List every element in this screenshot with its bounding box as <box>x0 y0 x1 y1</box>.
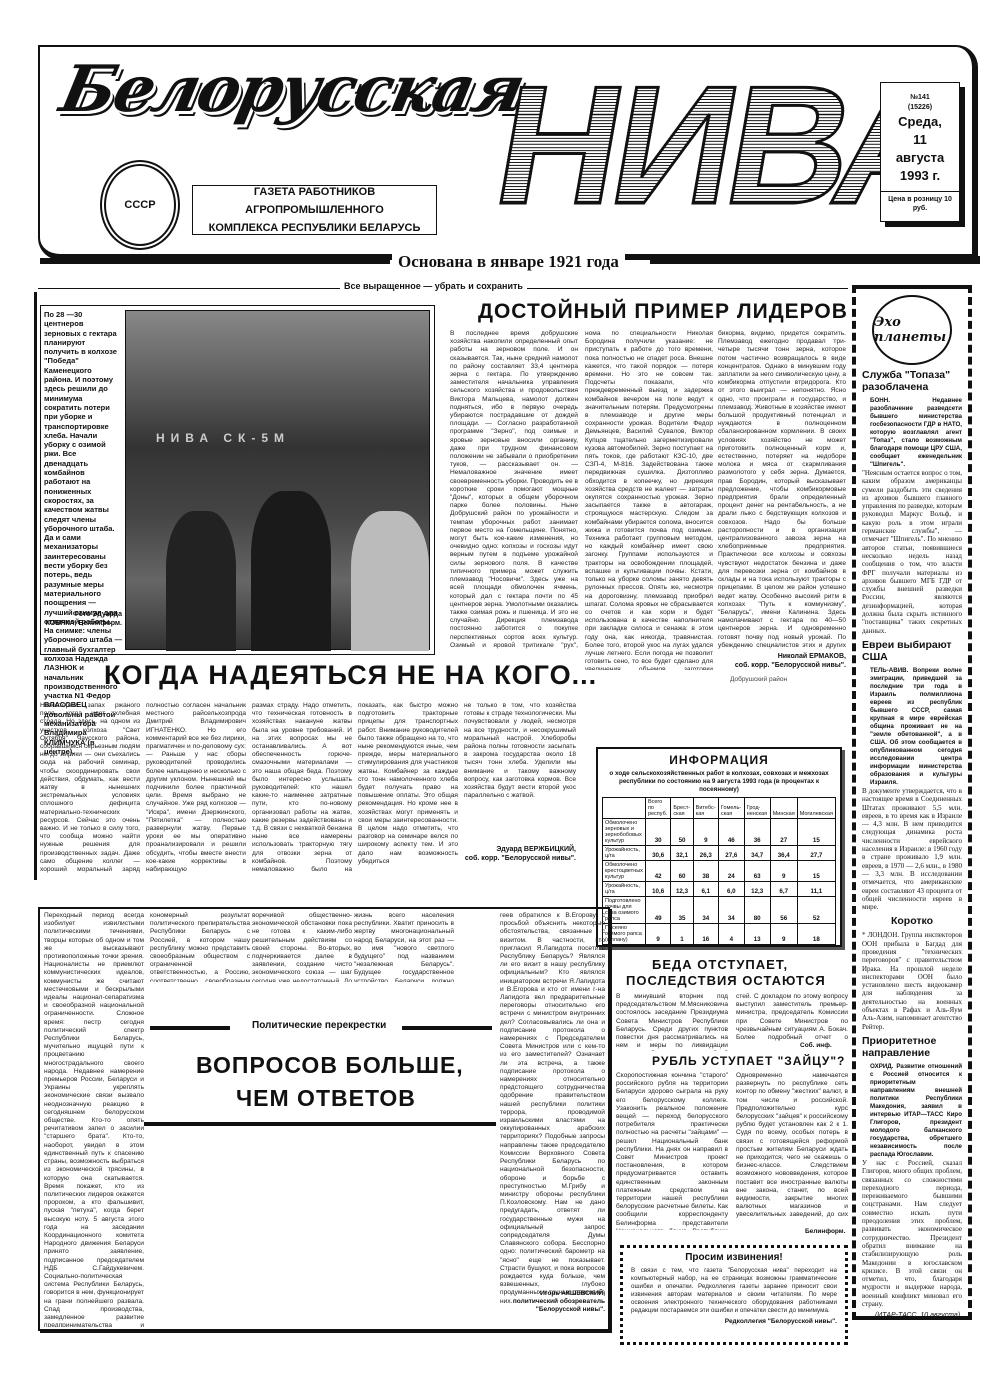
section-slogan: Все выращенное — убрать и сохранить <box>340 281 527 291</box>
cell: 6,1 <box>693 882 718 897</box>
issue-date-box: №141 (15226) Среда, 11 августа 1993 г. Ц… <box>880 82 960 222</box>
cell: 9 <box>645 924 670 945</box>
cell: 4 <box>718 924 744 945</box>
cell: 50 <box>671 819 693 846</box>
cell: 1 <box>671 924 693 945</box>
tagline-line2: КОМПЛЕКСА РЕСПУБЛИКИ БЕЛАРУСЬ <box>193 219 436 237</box>
nobody-headline: КОГДА НАДЕЯТЬСЯ НЕ НА КОГО... <box>104 660 597 691</box>
leaders-headline: ДОСТОЙНЫЙ ПРИМЕР ЛИДЕРОВ <box>478 300 848 324</box>
cell: 63 <box>744 861 770 882</box>
masthead-bottom-rule-left <box>40 258 390 264</box>
sidebar-item-body: * ЛОНДОН. Группа инспекторов ООН прибыла… <box>862 931 962 1031</box>
sidebar-item-body: У нас с Россией, сказал Глигоров, много … <box>862 1159 962 1308</box>
info-col-header <box>603 798 646 819</box>
ruble-headline: РУБЛЬ УСТУПАЕТ "ЗАЙЦУ"? <box>652 1054 845 1068</box>
sidebar-item-lead: БОНН. Недавнее разоблачение разведсети б… <box>862 397 962 469</box>
info-col-header: Всего по респуб. <box>645 798 670 819</box>
globe-logo-icon: Эхо планеты <box>872 295 952 365</box>
sidebar-item-lead: ОХРИД. Развитие отношений с Россией отно… <box>862 1063 962 1159</box>
cell: 13 <box>744 924 770 945</box>
issue-day: 11 <box>881 131 959 149</box>
sidebar-item-body: "Неясным остается вопрос о том, каким об… <box>862 469 962 635</box>
politics-col5: геев обратился к В.Егорову с просьбой об… <box>500 912 605 1327</box>
apology-box: Просим извинения! В связи с тем, что газ… <box>620 1245 848 1345</box>
masthead-title-script: Белорусская <box>54 52 530 127</box>
leaders-col2: нома по специальности Николая Бородина п… <box>585 330 713 670</box>
politics-rubric: Политические перекрестки <box>252 1020 386 1031</box>
cell: 27 <box>770 819 797 846</box>
info-header-row: Всего по респуб. Брест-ская Витебс-кая Г… <box>603 798 836 819</box>
nobody-col5: не только в том, что хозяйства готовы к … <box>464 702 576 842</box>
cell: 38 <box>693 861 718 882</box>
info-col-header: Могилевская <box>797 798 835 819</box>
cell: 36,4 <box>770 846 797 861</box>
politics-author: Игорь АКШЕВСКИЙ, политический обозревате… <box>500 1290 605 1314</box>
cell: 15 <box>797 819 835 846</box>
cell: 9 <box>770 924 797 945</box>
cell: 27,7 <box>797 846 835 861</box>
cell: 18 <box>797 924 835 945</box>
cell: 60 <box>671 861 693 882</box>
left-border-rule <box>34 292 37 880</box>
info-subtitle: о ходе сельскохозяйственных работ в колх… <box>602 770 836 794</box>
cell: 15 <box>797 861 835 882</box>
cell: 34 <box>718 897 744 924</box>
nobody-col4: показать, как быстро можно подготовить т… <box>358 702 458 874</box>
row-label: Урожайность, ц/га <box>603 882 646 897</box>
emblem-text: СССР <box>124 199 155 211</box>
cell: 12,3 <box>671 882 693 897</box>
politics-col2b <box>150 1140 250 1325</box>
row-label: Обмолочено зерновых и зернобобовых культ… <box>603 819 646 846</box>
row-label: Обмолочено крестоцветных культур <box>603 861 646 882</box>
politics-col4: жизнь всего населения республики. Хватит… <box>354 912 454 982</box>
harvest-photo: НИВА СК-5М <box>125 310 430 650</box>
cell: 12,3 <box>744 882 770 897</box>
info-col-header: Минская <box>770 798 797 819</box>
disaster-credit: Соб. инф. <box>800 1042 832 1049</box>
cell: 35 <box>671 897 693 924</box>
info-title: ИНФОРМАЦИЯ <box>602 753 836 767</box>
nobody-col2: полностью согласен начальник местного ра… <box>146 702 246 874</box>
nobody-author: Эдуард ВЕРЖБИЦКИЙ, соб. корр. "Белорусск… <box>464 845 576 863</box>
ruble-col1: Скоропостижная кончина "старого" российс… <box>616 1072 728 1230</box>
cell: 6,7 <box>770 882 797 897</box>
leaders-author-name: Николай ЕРМАКОВ, <box>718 652 846 661</box>
politics-author-role2: "Белорусской нивы". <box>500 1306 605 1314</box>
row-label: Урожайность, ц/га <box>603 846 646 861</box>
ruble-col2: Одновременно намечается развернуть по ре… <box>736 1072 848 1220</box>
cell: 52 <box>797 897 835 924</box>
disaster-headline-2: ПОСЛЕДСТВИЯ ОСТАЮТСЯ <box>626 973 826 988</box>
leaders-col1: В последнее время добрушские хозяйства н… <box>450 330 578 650</box>
politics-col2: кономерный результат политического препи… <box>150 912 250 982</box>
table-row: Посеяно озимого рапса (к плану)911641391… <box>603 924 836 945</box>
table-row: Подготовлено почвы для сева озимого рапс… <box>603 897 836 924</box>
leaders-col3: бикорма, видимо, придется сократить. Пле… <box>718 330 846 650</box>
info-table-box: ИНФОРМАЦИЯ о ходе сельскохозяйственных р… <box>596 747 842 947</box>
combine-label: НИВА СК-5М <box>156 431 290 445</box>
masthead-bottom-rule-right <box>650 256 980 264</box>
world-echo-sidebar: Эхо планеты Служба "Топаза" разоблачена … <box>852 285 972 1320</box>
disaster-headline-1: БЕДА ОТСТУПАЕТ, <box>652 957 788 972</box>
issue-weekday: Среда, <box>881 113 959 131</box>
table-row: Урожайность, ц/га10,612,36,16,012,36,711… <box>603 882 836 897</box>
cell: 30,6 <box>645 846 670 861</box>
sidebar-item-title: Служба "Топаза" разоблачена <box>862 369 962 393</box>
politics-author-role1: политический обозреватель <box>500 1298 605 1306</box>
politics-headline-rule <box>144 1122 496 1126</box>
cell: 9 <box>693 819 718 846</box>
person-right <box>351 511 429 651</box>
cell: 27,6 <box>718 846 744 861</box>
cell: 32,1 <box>671 846 693 861</box>
sidebar-item-lead: ТЕЛЬ-АВИВ. Вопреки волне эмиграции, прив… <box>862 667 962 787</box>
cell: 49 <box>645 897 670 924</box>
politics-headline-1: ВОПРОСОВ БОЛЬШЕ, <box>196 1052 464 1079</box>
order-emblem-icon: СССР <box>100 160 180 250</box>
table-row: Обмолочено зерновых и зернобобовых культ… <box>603 819 836 846</box>
disaster-col1: В минувший вторник под председательством… <box>616 993 728 1051</box>
founded-line: Основана в январе 1921 года <box>392 252 625 272</box>
leaders-dateline: Добрушский район <box>730 676 787 683</box>
issue-number: №141 <box>881 93 959 103</box>
disaster-col2: стей. С докладом по этому вопросу выступ… <box>736 993 848 1041</box>
info-col-header: Брест-ская <box>671 798 693 819</box>
ruble-credit: Белинформ. <box>805 1228 845 1235</box>
person-left <box>166 511 236 651</box>
cell: 56 <box>770 897 797 924</box>
nobody-author-name: Эдуард ВЕРЖБИЦКИЙ, <box>464 845 576 854</box>
issue-month: августа <box>881 149 959 167</box>
masthead-tagline: ГАЗЕТА РАБОТНИКОВ АГРОПРОМЫШЛЕННОГО КОМП… <box>192 185 437 235</box>
info-col-header: Витебс-кая <box>693 798 718 819</box>
cell: 34,7 <box>744 846 770 861</box>
issue-total: (15226) <box>881 103 959 113</box>
person-center <box>251 491 331 651</box>
issue-price: Цена в розницу 10 руб. <box>881 191 959 213</box>
info-table: Всего по респуб. Брест-ская Витебс-кая Г… <box>602 797 836 945</box>
sidebar-item-title: Коротко <box>862 915 962 927</box>
politics-col1: Переходный период всегда изобилует извил… <box>44 912 144 1327</box>
cell: 6,0 <box>718 882 744 897</box>
rubric-rule-right <box>402 1026 492 1030</box>
cell: 30 <box>645 819 670 846</box>
photo-credit: Фото Эдуарда КОБЯКА, Белинформ. <box>44 610 122 628</box>
cell: 34 <box>693 897 718 924</box>
leaders-author-role: соб. корр. "Белорусской нивы". <box>718 661 846 670</box>
sidebar-source: (ИТАР-ТАСС, 10 августа). <box>862 1312 962 1319</box>
nobody-author-role: соб. корр. "Белорусской нивы". <box>464 854 576 863</box>
nobody-col3: размах страду. Надо отметить, что технич… <box>252 702 352 874</box>
cell: 9 <box>770 861 797 882</box>
cell: 16 <box>693 924 718 945</box>
table-row: Урожайность, ц/га30,632,126,327,634,736,… <box>603 846 836 861</box>
apology-title: Просим извинения! <box>631 1252 837 1263</box>
apology-body: В связи с тем, что газета "Белорусская н… <box>631 1267 837 1315</box>
sidebar-item-title: Приоритетное направление <box>862 1035 962 1059</box>
cell: 24 <box>718 861 744 882</box>
leaders-author: Николай ЕРМАКОВ, соб. корр. "Белорусской… <box>718 652 846 670</box>
rubric-rule-left <box>150 1026 230 1030</box>
info-col-header: Грод-ненская <box>744 798 770 819</box>
cell: 36 <box>744 819 770 846</box>
cell: 11,1 <box>797 882 835 897</box>
politics-col3: воречивой общественно-экономической обст… <box>252 912 352 982</box>
cell: 26,3 <box>693 846 718 861</box>
cell: 42 <box>645 861 670 882</box>
cell: 80 <box>744 897 770 924</box>
table-row: Обмолочено крестоцветных культур42603824… <box>603 861 836 882</box>
tagline-line1: ГАЗЕТА РАБОТНИКОВ АГРОПРОМЫШЛЕННОГО <box>193 183 436 219</box>
apology-signature: Редколлегия "Белорусской нивы". <box>631 1318 837 1325</box>
nobody-col1: Неповторим запах ржаного поля, когда иде… <box>40 702 140 874</box>
sidebar-item-title: Евреи выбирают США <box>862 639 962 663</box>
cell: 10,6 <box>645 882 670 897</box>
cell: 46 <box>718 819 744 846</box>
info-col-header: Гомель-ская <box>718 798 744 819</box>
sidebar-item-body: В документе утверждается, что в настояще… <box>862 787 962 911</box>
politics-headline-2: ЧЕМ ОТВЕТОВ <box>236 1085 416 1112</box>
politics-author-name: Игорь АКШЕВСКИЙ, <box>500 1290 605 1298</box>
issue-year: 1993 г. <box>881 167 959 185</box>
